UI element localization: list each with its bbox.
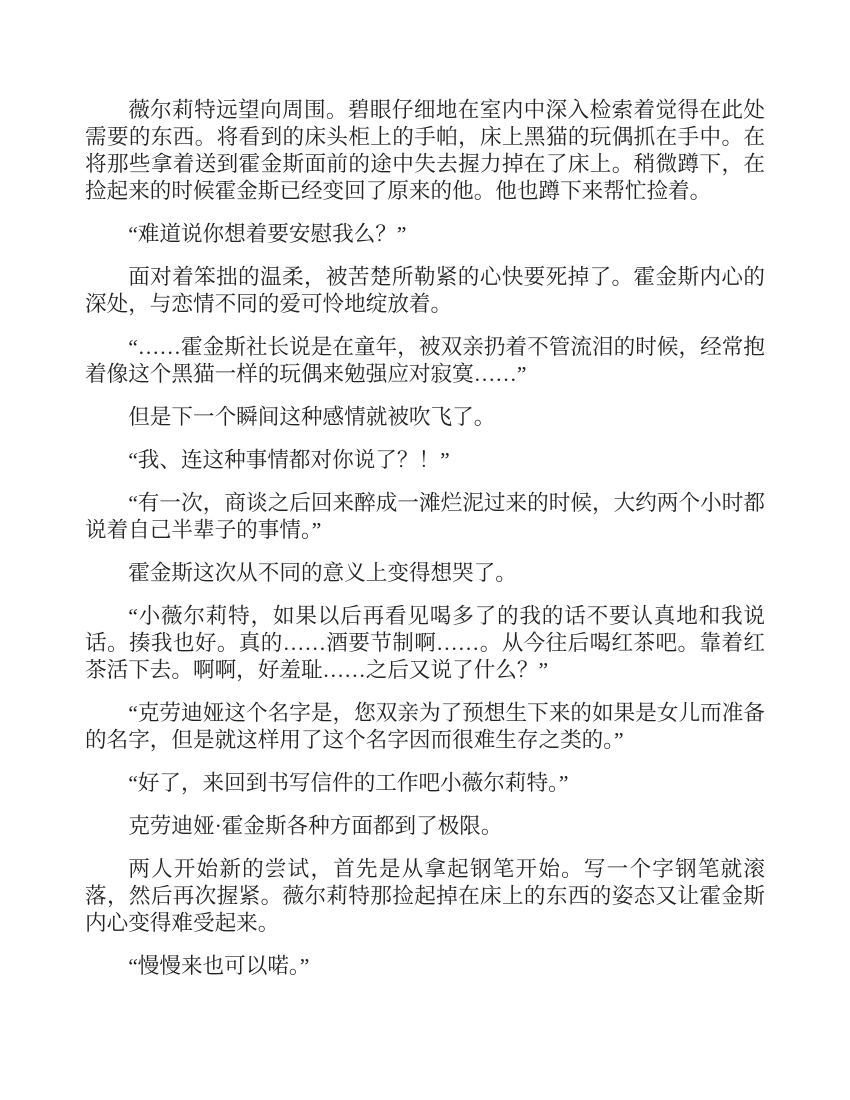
- paragraph-3: 面对着笨拙的温柔，被苦楚所勒紧的心快要死掉了。霍金斯内心的深处，与恋情不同的爱可…: [85, 264, 765, 318]
- paragraph-1: 薇尔莉特远望向周围。碧眼仔细地在室内中深入检索着觉得在此处需要的东西。将看到的床…: [85, 97, 765, 205]
- paragraph-12: 克劳迪娅·霍金斯各种方面都到了极限。: [85, 813, 765, 840]
- paragraph-7: “有一次，商谈之后回来醉成一滩烂泥过来的时候，大约两个小时都说着自己半辈子的事情…: [85, 490, 765, 544]
- paragraph-6: “我、连这种事情都对你说了？！”: [85, 447, 765, 474]
- paragraph-4: “……霍金斯社长说是在童年，被双亲扔着不管流泪的时候，经常抱着像这个黑猫一样的玩…: [85, 334, 765, 388]
- paragraph-10: “克劳迪娅这个名字是，您双亲为了预想生下来的如果是女儿而准备的名字，但是就这样用…: [85, 700, 765, 754]
- paragraph-11: “好了，来回到书写信件的工作吧小薇尔莉特。”: [85, 770, 765, 797]
- paragraph-8: 霍金斯这次从不同的意义上变得想哭了。: [85, 560, 765, 587]
- paragraph-9: “小薇尔莉特，如果以后再看见喝多了的我的话不要认真地和我说话。揍我也好。真的………: [85, 603, 765, 684]
- paragraph-14: “慢慢来也可以喏。”: [85, 953, 765, 980]
- paragraph-5: 但是下一个瞬间这种感情就被吹飞了。: [85, 404, 765, 431]
- paragraph-2: “难道说你想着要安慰我么？”: [85, 221, 765, 248]
- document-page: 薇尔莉特远望向周围。碧眼仔细地在室内中深入检索着觉得在此处需要的东西。将看到的床…: [0, 0, 850, 1100]
- paragraph-13: 两人开始新的尝试，首先是从拿起钢笔开始。写一个字钢笔就滚落，然后再次握紧。薇尔莉…: [85, 856, 765, 937]
